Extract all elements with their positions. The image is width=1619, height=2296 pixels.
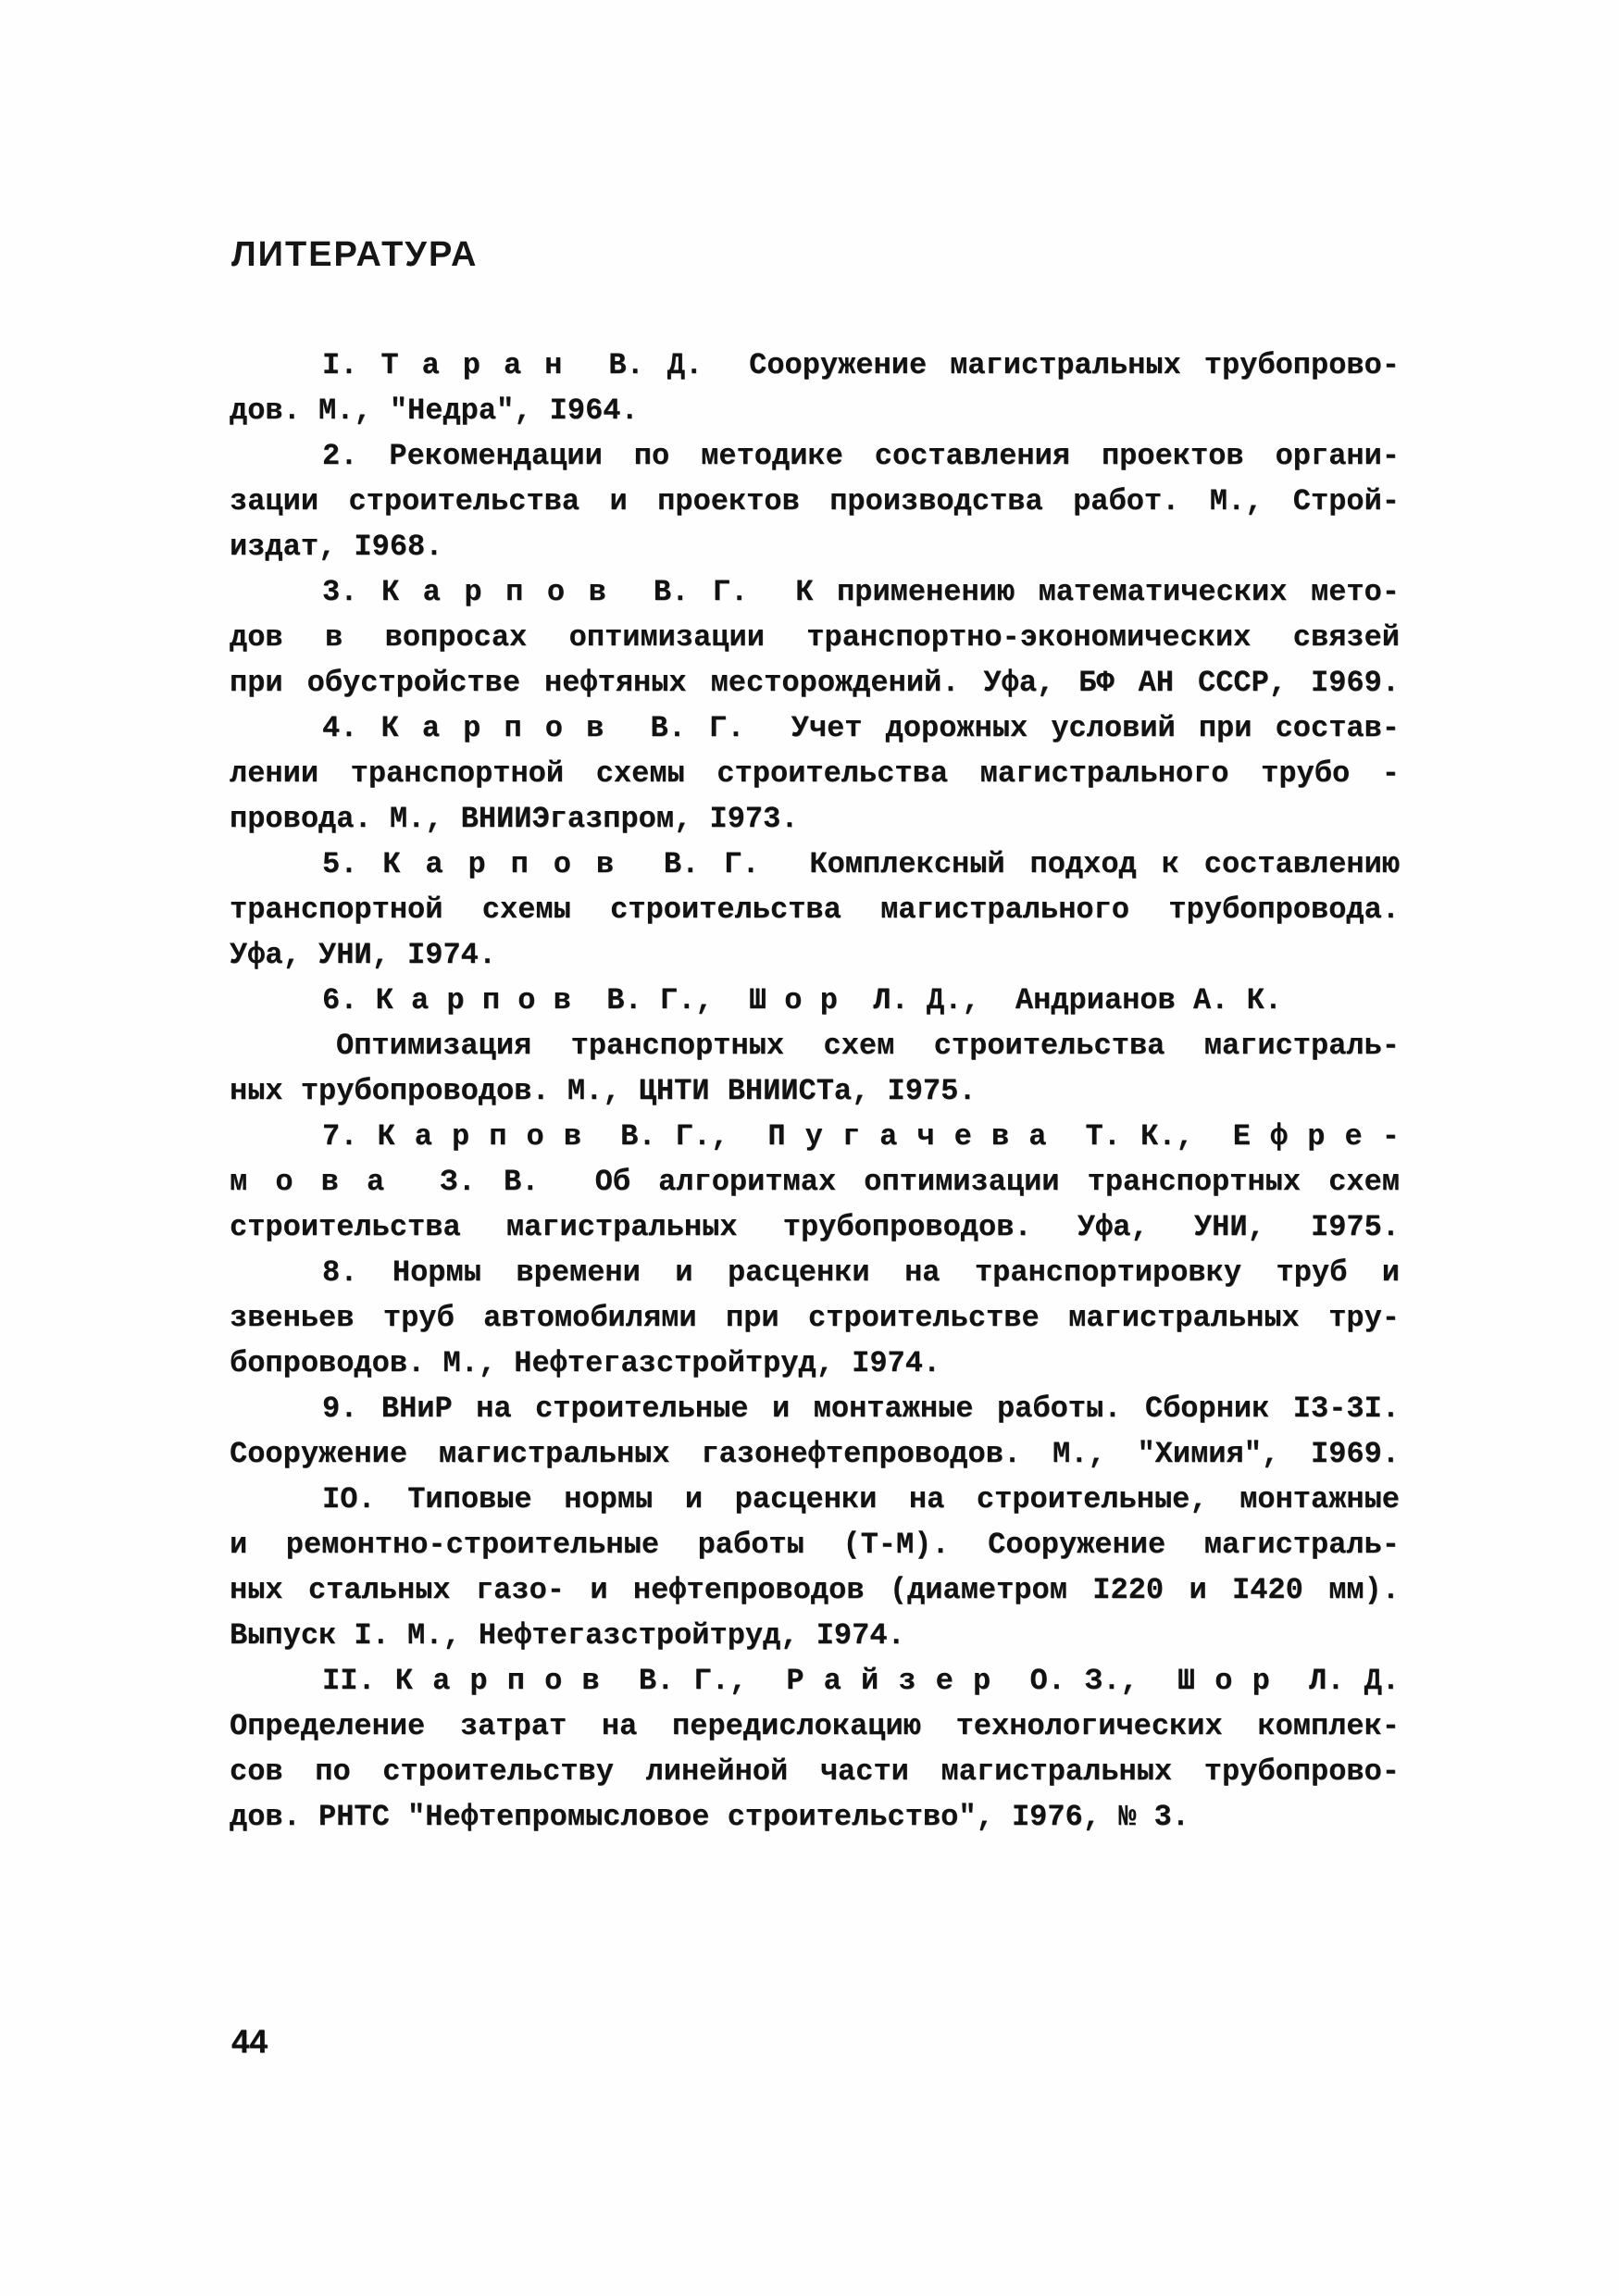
reference-line: провода. М., ВНИИЭгазпром, I973. bbox=[230, 796, 1400, 842]
reference-line: 2. Рекомендации по методике составления … bbox=[230, 433, 1400, 479]
reference-item: 3. К а р п о в В. Г. К применению матема… bbox=[230, 569, 1400, 705]
reference-line: строительства магистральных трубопроводо… bbox=[230, 1204, 1400, 1250]
reference-line: зации строительства и проектов производс… bbox=[230, 479, 1400, 524]
reference-line: транспортной схемы строительства магистр… bbox=[230, 887, 1400, 932]
reference-line: лении транспортной схемы строительства м… bbox=[230, 751, 1400, 796]
document-page: ЛИТЕРАТУРА I. Т а р а н В. Д. Сооружение… bbox=[0, 0, 1619, 2296]
reference-line: Сооружение магистральных газонефтепровод… bbox=[230, 1431, 1400, 1477]
reference-line: 7. К а р п о в В. Г., П у г а ч е в а Т.… bbox=[230, 1114, 1400, 1159]
reference-line: при обустройстве нефтяных месторождений.… bbox=[230, 660, 1400, 705]
reference-line: издат, I968. bbox=[230, 524, 1400, 569]
reference-line: Выпуск I. М., Нефтегазстройтруд, I974. bbox=[230, 1613, 1400, 1658]
page-number: 44 bbox=[231, 2024, 268, 2061]
reference-line: дов. РНТС "Нефтепромысловое строительств… bbox=[230, 1794, 1400, 1840]
references-list: I. Т а р а н В. Д. Сооружение магистраль… bbox=[230, 343, 1400, 1840]
reference-line: Уфа, УНИ, I974. bbox=[230, 932, 1400, 978]
reference-line: 4. К а р п о в В. Г. Учет дорожных услов… bbox=[230, 705, 1400, 751]
reference-item: 7. К а р п о в В. Г., П у г а ч е в а Т.… bbox=[230, 1114, 1400, 1250]
reference-line: Определение затрат на передислокацию тех… bbox=[230, 1703, 1400, 1749]
reference-item: 4. К а р п о в В. Г. Учет дорожных услов… bbox=[230, 705, 1400, 842]
reference-line: IO. Типовые нормы и расценки на строител… bbox=[230, 1477, 1400, 1522]
reference-line: 3. К а р п о в В. Г. К применению матема… bbox=[230, 569, 1400, 615]
reference-item: 9. ВНиР на строительные и монтажные рабо… bbox=[230, 1386, 1400, 1477]
reference-line: II. К а р п о в В. Г., Р а й з е р О. З.… bbox=[230, 1658, 1400, 1703]
reference-item: I. Т а р а н В. Д. Сооружение магистраль… bbox=[230, 343, 1400, 433]
reference-line: 8. Нормы времени и расценки на транспорт… bbox=[230, 1250, 1400, 1295]
reference-line: м о в а З. В. Об алгоритмах оптимизации … bbox=[230, 1159, 1400, 1204]
reference-line: сов по строительству линейной части маги… bbox=[230, 1749, 1400, 1794]
reference-line: I. Т а р а н В. Д. Сооружение магистраль… bbox=[230, 343, 1400, 388]
page-title: ЛИТЕРАТУРА bbox=[231, 235, 478, 275]
reference-line: 9. ВНиР на строительные и монтажные рабо… bbox=[230, 1386, 1400, 1431]
reference-line: ных трубопроводов. М., ЦНТИ ВНИИСТа, I97… bbox=[230, 1068, 1400, 1114]
reference-item: IO. Типовые нормы и расценки на строител… bbox=[230, 1477, 1400, 1658]
reference-line: Оптимизация транспортных схем строительс… bbox=[230, 1023, 1400, 1068]
reference-line: звеньев труб автомобилями при строительс… bbox=[230, 1295, 1400, 1341]
reference-line: дов в вопросах оптимизации транспортно-э… bbox=[230, 615, 1400, 660]
reference-item: 6. К а р п о в В. Г., Ш о р Л. Д., Андри… bbox=[230, 978, 1400, 1114]
reference-item: II. К а р п о в В. Г., Р а й з е р О. З.… bbox=[230, 1658, 1400, 1840]
reference-item: 2. Рекомендации по методике составления … bbox=[230, 433, 1400, 569]
reference-line: и ремонтно-строительные работы (Т-М). Со… bbox=[230, 1522, 1400, 1567]
reference-item: 8. Нормы времени и расценки на транспорт… bbox=[230, 1250, 1400, 1386]
reference-item: 5. К а р п о в В. Г. Комплексный подход … bbox=[230, 842, 1400, 978]
reference-line: ных стальных газо- и нефтепроводов (диам… bbox=[230, 1567, 1400, 1613]
reference-line: дов. М., "Недра", I964. bbox=[230, 388, 1400, 433]
reference-line: бопроводов. М., Нефтегазстройтруд, I974. bbox=[230, 1341, 1400, 1386]
reference-line: 6. К а р п о в В. Г., Ш о р Л. Д., Андри… bbox=[230, 978, 1400, 1023]
reference-line: 5. К а р п о в В. Г. Комплексный подход … bbox=[230, 842, 1400, 887]
